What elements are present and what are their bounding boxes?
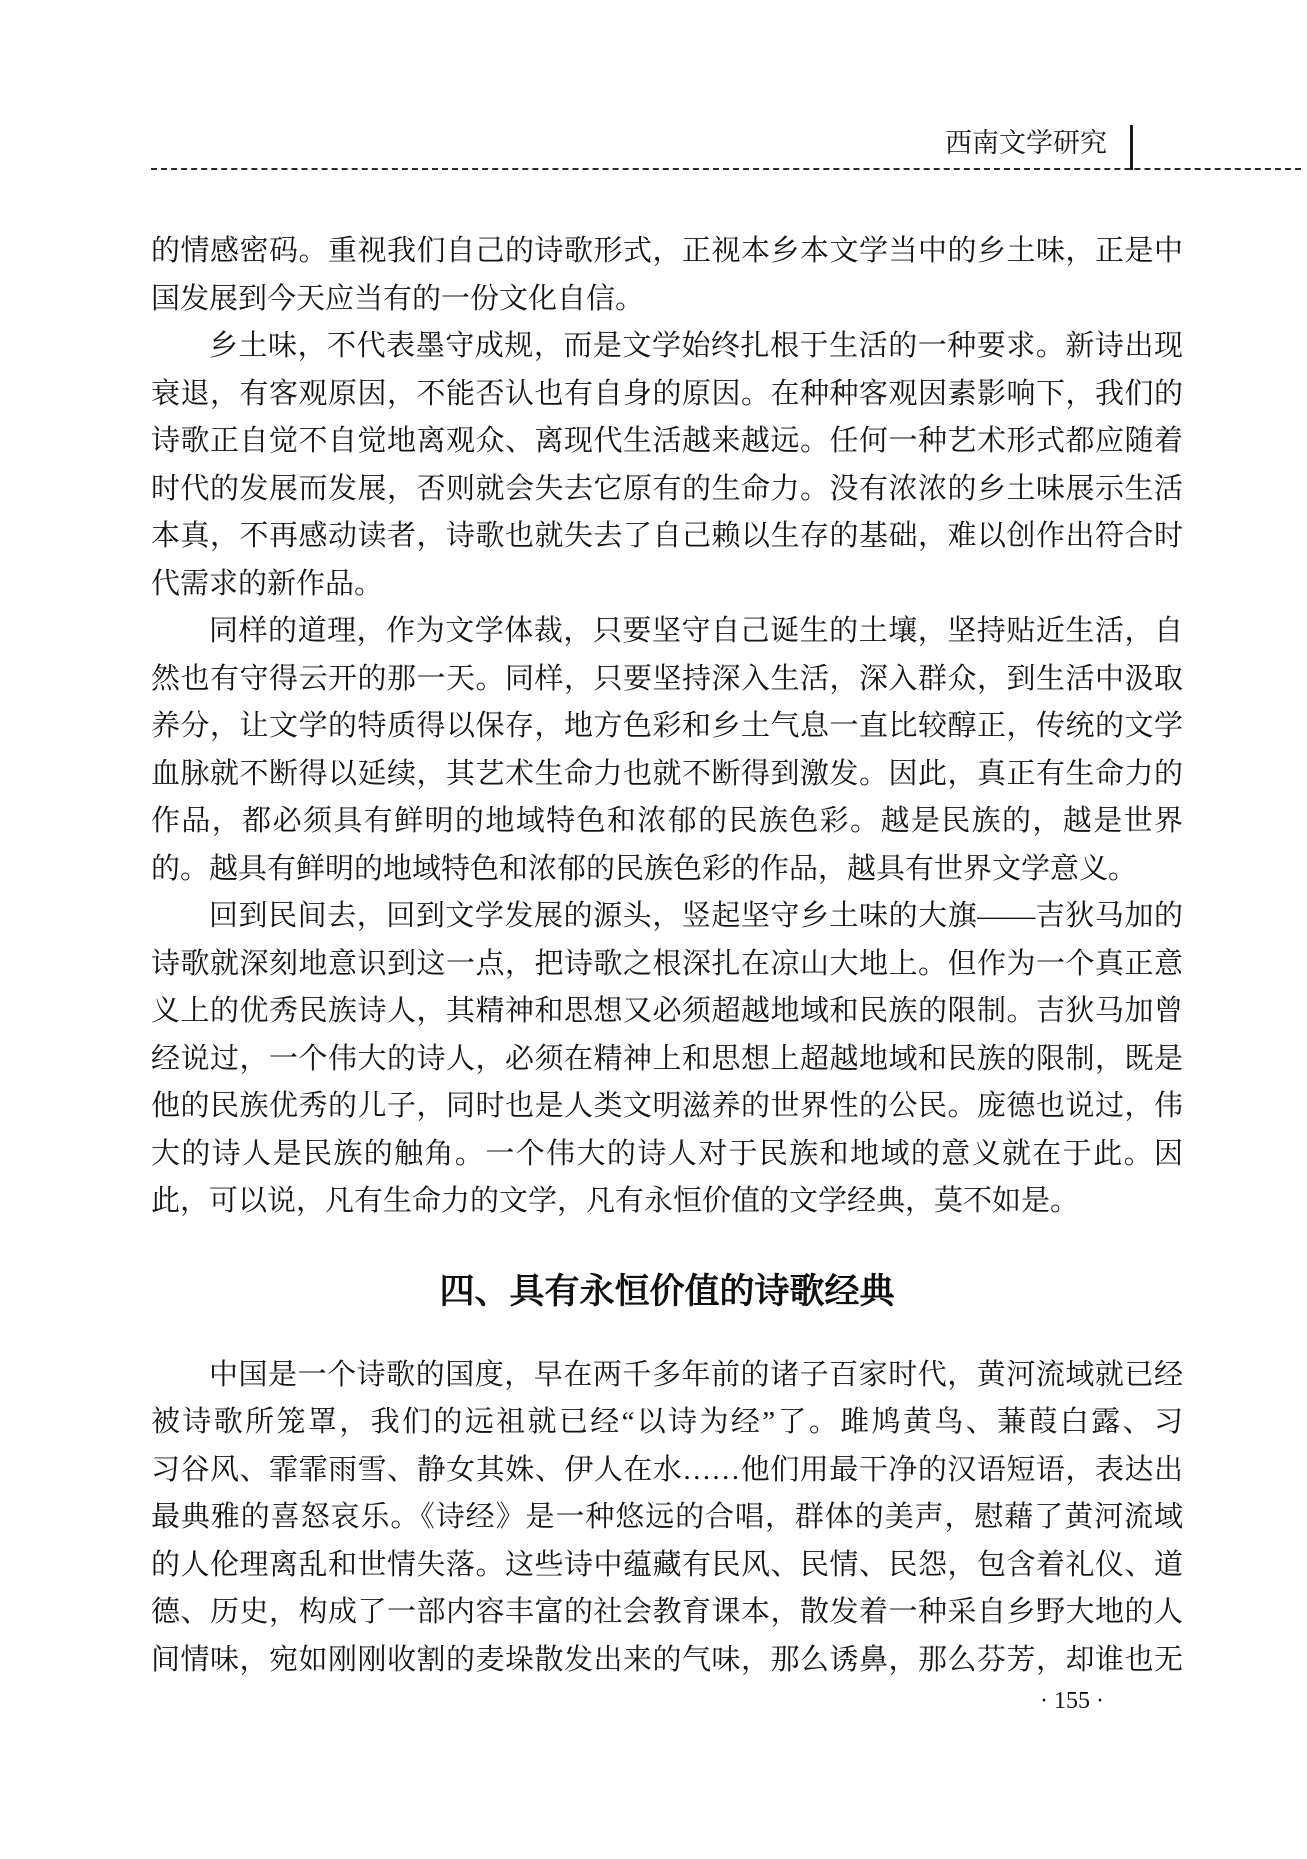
header-vertical-bar (1130, 125, 1133, 170)
text-line: 国发展到今天应当有的一份文化自信。 (151, 276, 1183, 324)
text-line: 被诗歌所笼罩，我们的远祖就已经“以诗为经”了。雎鸠黄鸟、蒹葭白露、习 (151, 1399, 1183, 1447)
text-line: 诗歌就深刻地意识到这一点，把诗歌之根深扎在凉山大地上。但作为一个真正意 (151, 941, 1183, 989)
text-line: 最典雅的喜怒哀乐。《诗经》是一种悠远的合唱，群体的美声，慰藉了黄河流域 (151, 1494, 1183, 1542)
text-line: 时代的发展而发展，否则就会失去它原有的生命力。没有浓浓的乡土味展示生活 (151, 466, 1183, 514)
text-line: 经说过，一个伟大的诗人，必须在精神上和思想上超越地域和民族的限制，既是 (151, 1036, 1183, 1084)
text-line: 德、历史，构成了一部内容丰富的社会教育课本，散发着一种采自乡野大地的人 (151, 1589, 1183, 1637)
text-line: 本真，不再感动读者，诗歌也就失去了自己赖以生存的基础，难以创作出符合时 (151, 513, 1183, 561)
text-line: 同样的道理，作为文学体裁，只要坚守自己诞生的土壤，坚持贴近生活，自 (151, 608, 1183, 656)
text-line: 中国是一个诗歌的国度，早在两千多年前的诸子百家时代，黄河流域就已经 (151, 1352, 1183, 1400)
text-line: 他的民族优秀的儿子，同时也是人类文明滋养的世界性的公民。庞德也说过，伟 (151, 1083, 1183, 1131)
text-line: 大的诗人是民族的触角。一个伟大的诗人对于民族和地域的意义就在于此。因 (151, 1131, 1183, 1179)
text-line: 然也有守得云开的那一天。同样，只要坚持深入生活，深入群众，到生活中汲取 (151, 656, 1183, 704)
text-line: 养分，让文学的特质得以保存，地方色彩和乡土气息一直比较醇正，传统的文学 (151, 703, 1183, 751)
text-line: 的人伦理离乱和世情失落。这些诗中蕴藏有民风、民情、民怨，包含着礼仪、道 (151, 1542, 1183, 1590)
header-dashed-divider (151, 168, 1301, 170)
section-heading: 四、具有永恒价值的诗歌经典 (151, 1226, 1183, 1352)
text-line: 诗歌正自觉不自觉地离观众、离现代生活越来越远。任何一种艺术形式都应随着 (151, 418, 1183, 466)
text-line: 习谷风、霏霏雨雪、静女其姝、伊人在水……他们用最干净的汉语短语，表达出 (151, 1447, 1183, 1495)
text-line: 义上的优秀民族诗人，其精神和思想又必须超越地域和民族的限制。吉狄马加曾 (151, 988, 1183, 1036)
text-line: 回到民间去，回到文学发展的源头，竖起坚守乡土味的大旗——吉狄马加的 (151, 893, 1183, 941)
document-page: 西南文学研究 的情感密码。重视我们自己的诗歌形式，正视本乡本文学当中的乡土味，正… (0, 0, 1307, 1859)
text-line: 乡土味，不代表墨守成规，而是文学始终扎根于生活的一种要求。新诗出现 (151, 323, 1183, 371)
text-line: 衰退，有客观原因，不能否认也有自身的原因。在种种客观因素影响下，我们的 (151, 371, 1183, 419)
journal-title: 西南文学研究 (945, 124, 1107, 162)
text-line: 血脉就不断得以延续，其艺术生命力也就不断得到激发。因此，真正有生命力的 (151, 751, 1183, 799)
text-line: 代需求的新作品。 (151, 561, 1183, 609)
text-line: 此，可以说，凡有生命力的文学，凡有永恒价值的文学经典，莫不如是。 (151, 1178, 1183, 1226)
page-number: · 155 · (1022, 1686, 1122, 1716)
body-text: 的情感密码。重视我们自己的诗歌形式，正视本乡本文学当中的乡土味，正是中国发展到今… (151, 228, 1183, 1684)
text-line: 的情感密码。重视我们自己的诗歌形式，正视本乡本文学当中的乡土味，正是中 (151, 228, 1183, 276)
text-line: 作品，都必须具有鲜明的地域特色和浓郁的民族色彩。越是民族的，越是世界 (151, 798, 1183, 846)
text-line: 的。越具有鲜明的地域特色和浓郁的民族色彩的作品，越具有世界文学意义。 (151, 846, 1183, 894)
text-line: 间情味，宛如刚刚收割的麦垛散发出来的气味，那么诱鼻，那么芬芳，却谁也无 (151, 1637, 1183, 1685)
